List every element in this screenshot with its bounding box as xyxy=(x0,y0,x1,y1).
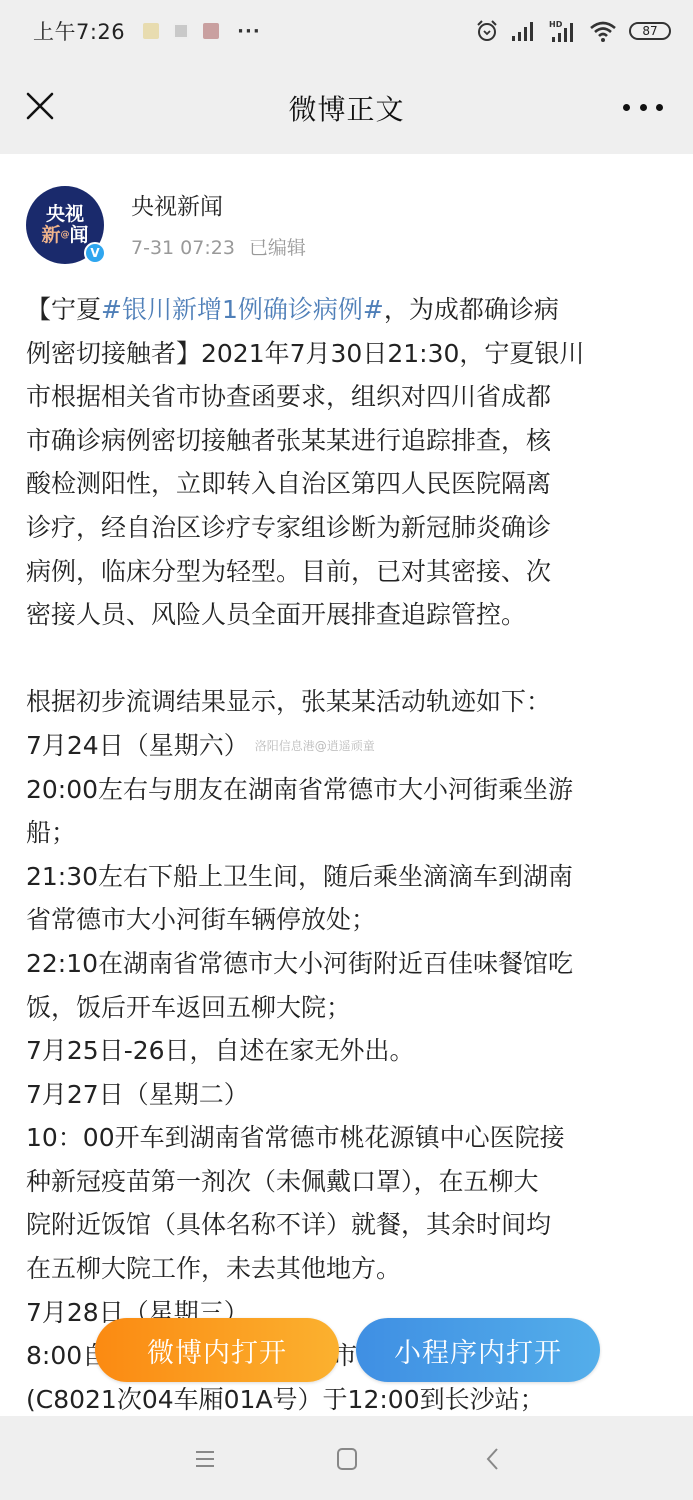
verified-badge-icon: V xyxy=(84,242,106,264)
post-line: 诊疗，经自治区诊疗专家组诊断为新冠肺炎确诊 xyxy=(26,506,676,550)
avatar-text-top: 央视 xyxy=(46,204,84,225)
post-line: 病例，临床分型为轻型。目前，已对其密接、次 xyxy=(26,550,676,594)
edited-label: 已编辑 xyxy=(249,237,306,259)
post-line: 【宁夏#银川新增1例确诊病例#，为成都确诊病 xyxy=(26,288,676,332)
post-line: 在五柳大院工作，未去其他地方。 xyxy=(26,1247,676,1291)
post-content: 【宁夏#银川新增1例确诊病例#，为成都确诊病 例密切接触者】2021年7月30日… xyxy=(26,288,676,1421)
status-bar: 上午7:26 ··· HD 87 xyxy=(0,0,693,62)
home-square-icon xyxy=(332,1444,362,1474)
post-line: 21:30左右下船上卫生间，随后乘坐滴滴车到湖南 xyxy=(26,855,676,899)
home-button[interactable] xyxy=(332,1444,362,1474)
system-nav-bar xyxy=(0,1416,693,1500)
post-time: 7-31 07:23 xyxy=(131,237,235,259)
more-notifications-icon: ··· xyxy=(237,21,261,42)
more-dot-icon xyxy=(623,104,630,111)
post-author: 央视 新@闻 V 央视新闻 7-31 07:23已编辑 xyxy=(26,186,306,264)
post-line: 例密切接触者】2021年7月30日21:30，宁夏银川 xyxy=(26,332,676,376)
battery-indicator: 87 xyxy=(629,22,671,40)
post-line: 根据初步流调结果显示，张某某活动轨迹如下： xyxy=(26,680,676,724)
post-text: 【宁夏 xyxy=(26,295,101,324)
post-line: 船； xyxy=(26,811,676,855)
alarm-icon xyxy=(475,19,499,43)
post-line: 院附近饭馆（具体名称不详）就餐，其余时间均 xyxy=(26,1203,676,1247)
paragraph-break xyxy=(26,637,676,681)
more-dot-icon xyxy=(656,104,663,111)
author-info: 央视新闻 7-31 07:23已编辑 xyxy=(131,188,306,260)
menu-icon xyxy=(190,1444,220,1474)
post-line: 10：00开车到湖南省常德市桃花源镇中心医院接 xyxy=(26,1116,676,1160)
avatar-char: 闻 xyxy=(70,224,89,246)
back-button[interactable] xyxy=(478,1444,508,1474)
wechat-notification-icon xyxy=(143,23,159,39)
post-text: ，为成都确诊病 xyxy=(384,295,559,324)
post-line: 饭，饭后开车返回五柳大院； xyxy=(26,986,676,1030)
post-line: 密接人员、风险人员全面开展排查追踪管控。 xyxy=(26,593,676,637)
open-in-miniprogram-button[interactable]: 小程序内打开 xyxy=(356,1318,600,1382)
status-time: 上午7:26 xyxy=(33,16,125,46)
post-line: 7月27日（星期二） xyxy=(26,1073,676,1117)
avatar[interactable]: 央视 新@闻 V xyxy=(26,186,104,264)
battery-level: 87 xyxy=(642,24,657,38)
avatar-at: @ xyxy=(61,230,70,240)
post-line: 市确诊病例密切接触者张某某进行追踪排查，核 xyxy=(26,419,676,463)
back-chevron-icon xyxy=(478,1444,508,1474)
wifi-icon xyxy=(589,19,617,43)
post-line: 7月25日-26日，自述在家无外出。 xyxy=(26,1029,676,1073)
post-line: 20:00左右与朋友在湖南省常德市大小河街乘坐游 xyxy=(26,768,676,812)
close-button[interactable] xyxy=(22,88,58,124)
watermark: 洛阳信息港@逍遥顽童 xyxy=(255,739,375,753)
hd-signal-icon: HD xyxy=(549,19,577,43)
close-icon xyxy=(22,88,58,124)
post-line: (C8021次04车厢01A号）于12:00到长沙站； xyxy=(26,1378,676,1422)
recent-apps-button[interactable] xyxy=(190,1444,220,1474)
post-line: 22:10在湖南省常德市大小河街附近百佳味餐馆吃 xyxy=(26,942,676,986)
author-name[interactable]: 央视新闻 xyxy=(131,188,306,221)
nav-bar: 微博正文 xyxy=(0,62,693,154)
post-line: 7月24日（星期六）洛阳信息港@逍遥顽童 xyxy=(26,724,676,768)
avatar-text-bottom: 新@闻 xyxy=(41,225,88,246)
post-line: 市根据相关省市协查函要求，组织对四川省成都 xyxy=(26,375,676,419)
post-line: 酸检测阳性，立即转入自治区第四人民医院隔离 xyxy=(26,462,676,506)
more-dot-icon xyxy=(640,104,647,111)
signal-icon xyxy=(511,20,537,42)
avatar-char: 新 xyxy=(41,224,60,246)
message-notification-icon xyxy=(203,23,219,39)
open-in-weibo-button[interactable]: 微博内打开 xyxy=(95,1318,339,1382)
more-options-button[interactable] xyxy=(623,92,663,122)
post-text: 7月24日（星期六） xyxy=(26,731,249,760)
gallery-notification-icon xyxy=(173,23,189,39)
hashtag-link[interactable]: #银川新增1例确诊病例# xyxy=(101,295,384,324)
status-indicators: HD 87 xyxy=(475,19,671,43)
post-meta: 7-31 07:23已编辑 xyxy=(131,233,306,260)
svg-text:HD: HD xyxy=(549,20,563,29)
post-line: 省常德市大小河街车辆停放处； xyxy=(26,898,676,942)
page-title: 微博正文 xyxy=(288,88,404,128)
post-line: 种新冠疫苗第一剂次（未佩戴口罩），在五柳大 xyxy=(26,1160,676,1204)
